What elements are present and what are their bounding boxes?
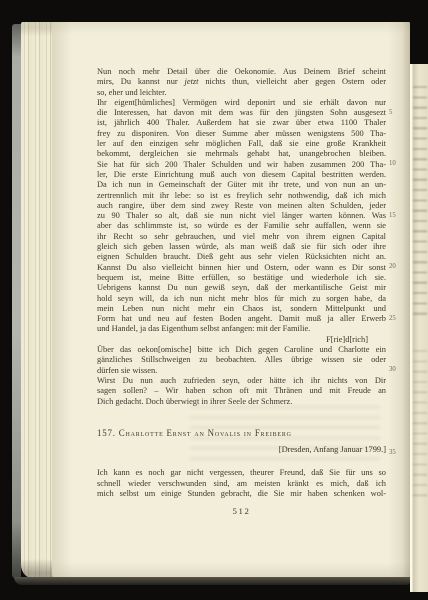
text-line: zertrennlich mit ihr lebe: so ist es fre… bbox=[97, 191, 386, 201]
text-line: Dich gedacht. Doch überwiegt in ihrer Se… bbox=[97, 397, 386, 407]
letter-156-paragraph: Nun noch mehr Detail über die Oekonomie.… bbox=[97, 67, 386, 98]
margin-line-number: 20 bbox=[389, 263, 396, 270]
text-line: schnell wieder verschwunden sind, am mei… bbox=[97, 479, 386, 489]
letter-157-paragraph: Ich kann es noch gar nicht vergessen, th… bbox=[97, 468, 386, 499]
text-line: auch rangire, über dem sind zwey Reste v… bbox=[97, 201, 386, 211]
page-fore-edges bbox=[21, 22, 55, 579]
facing-page-ghost-text bbox=[413, 86, 427, 321]
letter-signature: F[rie]d[rich] bbox=[97, 335, 386, 345]
text-line: Sie hat für sich 200 Thaler Schulden und… bbox=[97, 160, 386, 170]
text-line: Uebrigens kannst Du nun gewiß seyn, daß … bbox=[97, 283, 386, 293]
text-line: sagen sollen? – Wir haben schon oft mit … bbox=[97, 386, 386, 396]
text-line: Ich kann es noch gar nicht vergessen, th… bbox=[97, 468, 386, 478]
text-line: ist, jährlich 400 Thaler. Außerdem hat s… bbox=[97, 118, 386, 128]
text-line: bequem ist, meine Bitte erfüllen, so bes… bbox=[97, 273, 386, 283]
text-line: Da ich nun in Gemeinschaft der Güter mit… bbox=[97, 180, 386, 190]
text-line: hold seyn will, da ich nun nicht mehr bl… bbox=[97, 294, 386, 304]
book-scan-photo: Nun noch mehr Detail über die Oekonomie.… bbox=[0, 0, 428, 600]
text-line: so, eher und leichter. bbox=[97, 88, 386, 98]
text-line: eignen Schulden braucht. Dieß geht aus s… bbox=[97, 252, 386, 262]
text-line: mirs, Du kannst nur jetzt nichts thun, v… bbox=[97, 77, 386, 87]
book-cover-bottom-edge bbox=[14, 577, 410, 585]
margin-line-number: 30 bbox=[389, 366, 396, 373]
text-line: Über das oekon[omische] bitte ich Dich g… bbox=[97, 345, 386, 355]
letter-157-dateline: [Dresden, Anfang Januar 1799.] bbox=[97, 445, 386, 455]
letter-157-heading: 157. Charlotte Ernst an Novalis in Freib… bbox=[97, 428, 386, 438]
text-line: frey zu disponiren. Von dieser Summe abe… bbox=[97, 129, 386, 139]
margin-line-number: 15 bbox=[389, 212, 396, 219]
text-line: Form hat und neu auf festen Boden angeht… bbox=[97, 314, 386, 324]
printed-text-block: Nun noch mehr Detail über die Oekonomie.… bbox=[97, 67, 386, 517]
text-line: mich selbst um einige Stunden gebracht, … bbox=[97, 489, 386, 499]
facing-page-ghost-text bbox=[413, 350, 427, 500]
text-line: aber das schlimmste ist, so würde es der… bbox=[97, 221, 386, 231]
text-line: Wirst Du nun auch zufrieden seyn, oder h… bbox=[97, 376, 386, 386]
margin-line-numbers: 5101520253035 bbox=[389, 0, 405, 600]
text-line: die Interessen, hat davon mit dem was fü… bbox=[97, 108, 386, 118]
letter-156-postscript: Über das oekon[omische] bitte ich Dich g… bbox=[97, 345, 386, 376]
text-line: Ihr eigent[hümliches] Vermögen wird depo… bbox=[97, 98, 386, 108]
text-line: dürfen sie wissen. bbox=[97, 366, 386, 376]
margin-line-number: 10 bbox=[389, 160, 396, 167]
text-line: ler auf den einzigen sehr möglichen Fall… bbox=[97, 139, 386, 149]
text-line: Nun noch mehr Detail über die Oekonomie.… bbox=[97, 67, 386, 77]
text-line: zu 90 Thaler so alt, daß sie nun nicht v… bbox=[97, 211, 386, 221]
letter-156-postscript: Wirst Du nun auch zufrieden seyn, oder h… bbox=[97, 376, 386, 407]
text-line: gleich sich geben lassen würde, als man … bbox=[97, 242, 386, 252]
page-number: 512 bbox=[97, 506, 386, 516]
text-line: mein Leben nun nicht mehr ein Chaos ist,… bbox=[97, 304, 386, 314]
text-line: gänzliches Stillschweigen zu beobachten.… bbox=[97, 355, 386, 365]
text-line: ihr Recht so sehr gebrauchen, und viel m… bbox=[97, 232, 386, 242]
margin-line-number: 25 bbox=[389, 315, 396, 322]
margin-line-number: 5 bbox=[389, 109, 392, 116]
text-line: und Handel, ja das Eigenthum selbst anfa… bbox=[97, 324, 386, 334]
letter-156-paragraph: Ihr eigent[hümliches] Vermögen wird depo… bbox=[97, 98, 386, 335]
book-cover-spine-edge bbox=[12, 24, 21, 578]
text-line: Kannst Du also vielleicht binnen hier un… bbox=[97, 263, 386, 273]
text-line: bekommt, dergleichen sie mehrmals gehabt… bbox=[97, 149, 386, 159]
text-line: ler, Die erste Einrichtung muß auch von … bbox=[97, 170, 386, 180]
margin-line-number: 35 bbox=[389, 449, 396, 456]
